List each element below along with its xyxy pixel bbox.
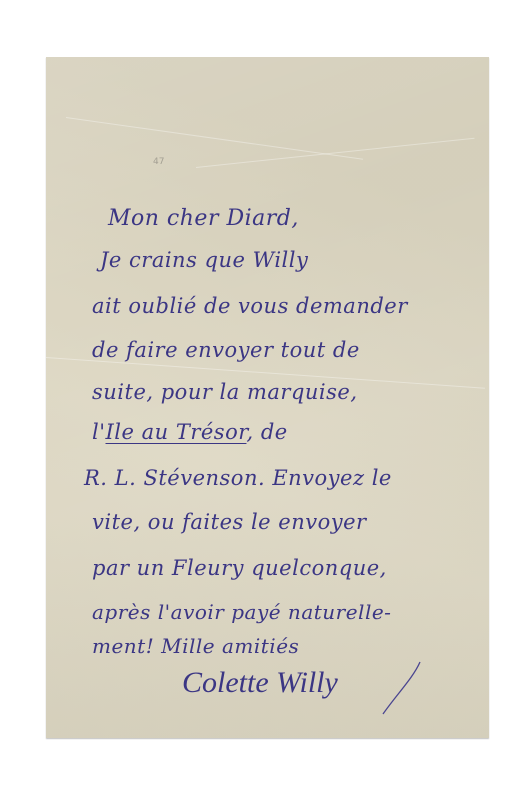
line5-prefix: l'	[92, 420, 106, 444]
letter-line-6: R. L. Stévenson. Envoyez le	[84, 466, 392, 490]
salutation: Mon cher Diard,	[108, 206, 299, 231]
signature: Colette Willy	[182, 666, 338, 700]
letter-line-10: ment! Mille amitiés	[92, 634, 299, 658]
letter-line-8: par un Fleury quelconque,	[92, 556, 387, 580]
book-title: Ile au Trésor	[106, 420, 247, 444]
letter-line-9: après l'avoir payé naturelle-	[92, 600, 391, 624]
letter-line-2: ait oublié de vous demander	[92, 294, 408, 318]
line5-suffix: , de	[246, 420, 287, 444]
pencil-mark: 47	[153, 157, 164, 167]
letter-line-7: vite, ou faites le envoyer	[92, 510, 367, 534]
letter-line-1: Je crains que Willy	[100, 248, 308, 272]
letter-line-5: l'Ile au Trésor, de	[92, 420, 288, 444]
letter-line-3: de faire envoyer tout de	[92, 338, 360, 362]
letter-line-4: suite, pour la marquise,	[92, 380, 358, 404]
signature-flourish-icon	[375, 660, 435, 720]
